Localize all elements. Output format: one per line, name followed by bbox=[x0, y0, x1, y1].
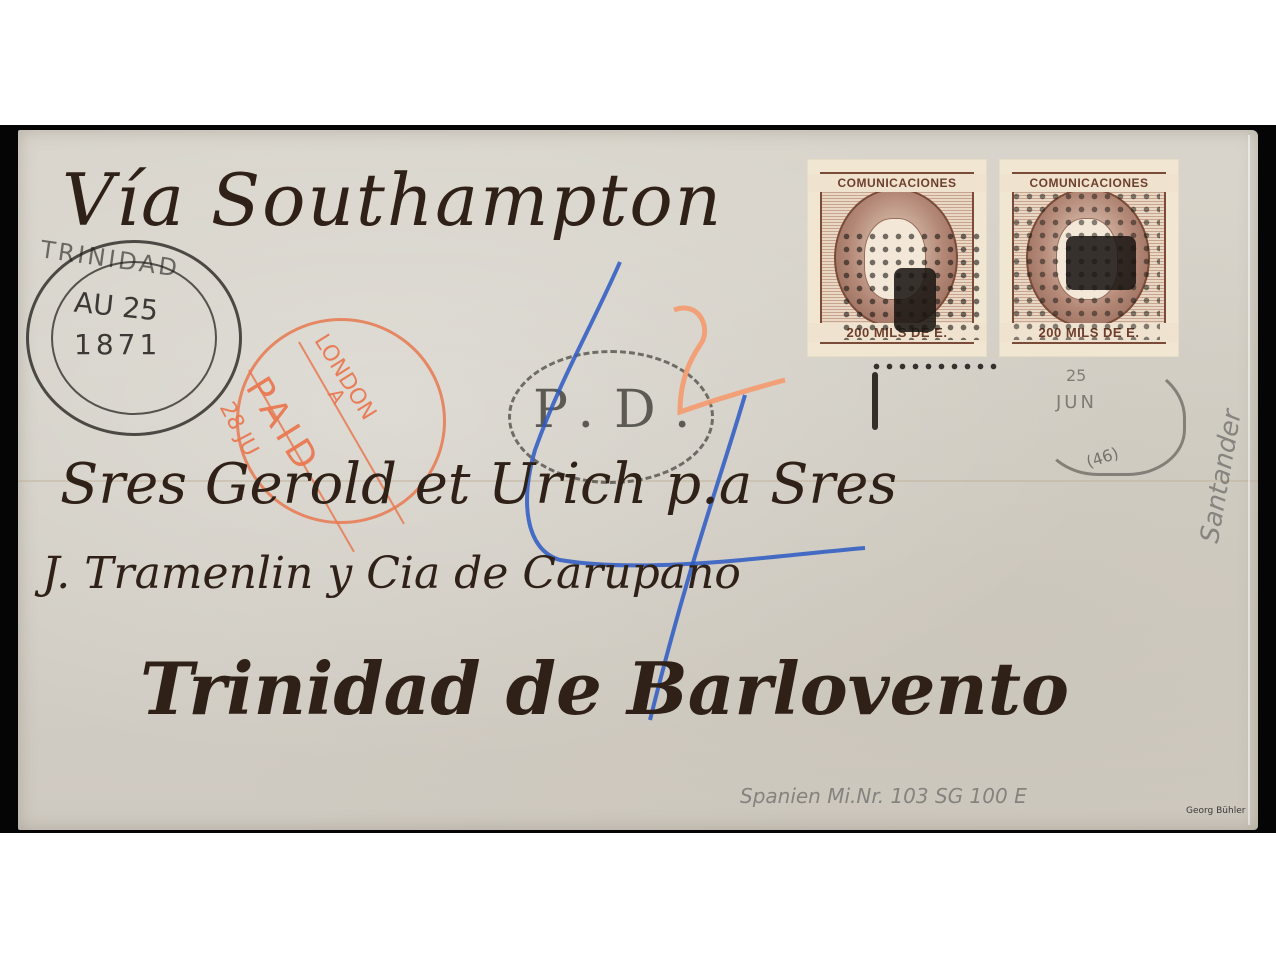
routing-instruction: Vía Southampton bbox=[62, 158, 723, 242]
address-line-2: J. Tramenlin y Cia de Carupano bbox=[42, 548, 741, 599]
address-line-3: Trinidad de Barlovento bbox=[140, 646, 1069, 731]
dotted-cancel bbox=[1010, 190, 1160, 340]
stamp-top-text: COMUNICACIONES bbox=[808, 174, 986, 192]
pd-text: P.D. bbox=[533, 380, 710, 440]
cancel-bar bbox=[872, 372, 878, 430]
pencil-bottom-note: Spanien Mi.Nr. 103 SG 100 E bbox=[740, 784, 1027, 808]
postmark-year: 1871 bbox=[74, 328, 161, 361]
dated-month: JUN bbox=[1056, 392, 1097, 413]
dated-day: 25 bbox=[1066, 366, 1086, 385]
right-fold-edge bbox=[1248, 135, 1250, 825]
dotted-cancel-tail bbox=[870, 360, 1000, 374]
address-line-1: Sres Gerold et Urich p.a Sres bbox=[60, 452, 897, 517]
dotted-cancel bbox=[840, 230, 980, 340]
auction-credit: Georg Bühler bbox=[1186, 806, 1245, 816]
